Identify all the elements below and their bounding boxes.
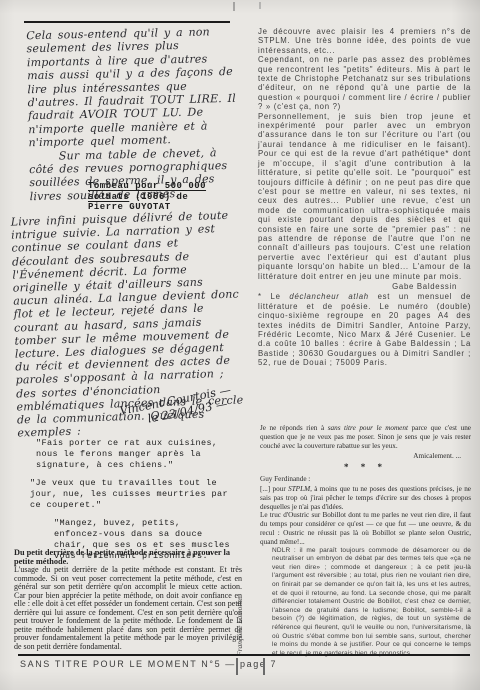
closing-salutation: Amicalement. ... (260, 452, 471, 461)
guy-revue-name: STPLM (288, 485, 310, 493)
letter-gabe-baldessin: Je découvre avec plaisir les 4 premiers … (258, 27, 471, 368)
scan-registration-mark (236, 658, 238, 675)
section-separator: * * * (260, 463, 471, 472)
quote-1: "Fais porter ce rat aux cuisines, nous l… (36, 438, 234, 471)
essay-body: L'usage du petit derrière de la petite m… (14, 566, 242, 651)
book-title-text: Tombeau pour 500 000 (88, 181, 206, 191)
essay-title: Du petit derrière de la petite méthode n… (14, 548, 242, 566)
book-title-year: (1966) de (129, 192, 188, 202)
scanned-zine-page: Cela sous-entend qu'il y a non seulement… (0, 0, 480, 690)
letter-guy-ferdinande: Je ne réponds rien à sans titre pour le … (260, 424, 471, 658)
reply-prefix: Je ne réponds rien à (260, 424, 328, 432)
book-title-text: soldats (88, 192, 129, 202)
letter-signature: Gabe Baldessin (258, 282, 471, 291)
author-credit-vertical: Françoise Lamothe (235, 556, 244, 656)
guy-paragraph-2: Le truc d'Oustric sur Bobillot dont tu m… (260, 511, 471, 546)
reply-paragraph: Je ne réponds rien à sans titre pour le … (260, 424, 471, 450)
quote-2: "Je veux que tu travailles tout le jour,… (30, 478, 234, 511)
footnote-prefix: * Le (258, 292, 289, 301)
correspondent-name: Guy Ferdinande : (260, 475, 471, 484)
footnote-revue-name: déclancheur atlah (289, 292, 368, 301)
handwritten-paragraph-reading: Cela sous-entend qu'il y a non seulement… (26, 25, 238, 150)
letter-paragraph-2: Cependant, on ne parle pas assez des pro… (258, 55, 471, 111)
guy-prefix: [...] pour (260, 485, 288, 493)
page-footer-title: SANS TITRE POUR LE MOMENT N°5 — page 7 (20, 659, 277, 669)
scan-registration-mark (263, 658, 265, 675)
guy-paragraph-1: [...] pour STPLM, à moins que tu ne pose… (260, 485, 471, 511)
footnote-rest: est un mensuel de littérature et de poés… (258, 292, 471, 367)
bottom-divider-rule (18, 654, 470, 656)
book-title-line2: soldats (1966) de (88, 192, 206, 203)
handwritten-note-opening: Cela sous-entend qu'il y a non seulement… (26, 25, 240, 204)
top-divider-rule (24, 21, 230, 23)
scan-registration-mark (259, 2, 261, 9)
letter-paragraph-3: Personnellement, je suis bien trop jeune… (258, 112, 471, 281)
reply-revue-name: sans titre pour le moment (328, 424, 408, 432)
essay-petite-methode: Du petit derrière de la petite méthode n… (14, 548, 242, 651)
book-title: Tombeau pour 500 000 soldats (1966) de P… (88, 181, 206, 213)
book-title-line1: Tombeau pour 500 000 (88, 181, 206, 192)
scan-registration-mark (233, 2, 235, 11)
letter-paragraph-1: Je découvre avec plaisir les 4 premiers … (258, 27, 471, 55)
letter-footnote: * Le déclancheur atlah est un mensuel de… (258, 292, 471, 367)
editor-note-ndlr: NDLR : il me paraît toujours commode de … (272, 547, 471, 659)
